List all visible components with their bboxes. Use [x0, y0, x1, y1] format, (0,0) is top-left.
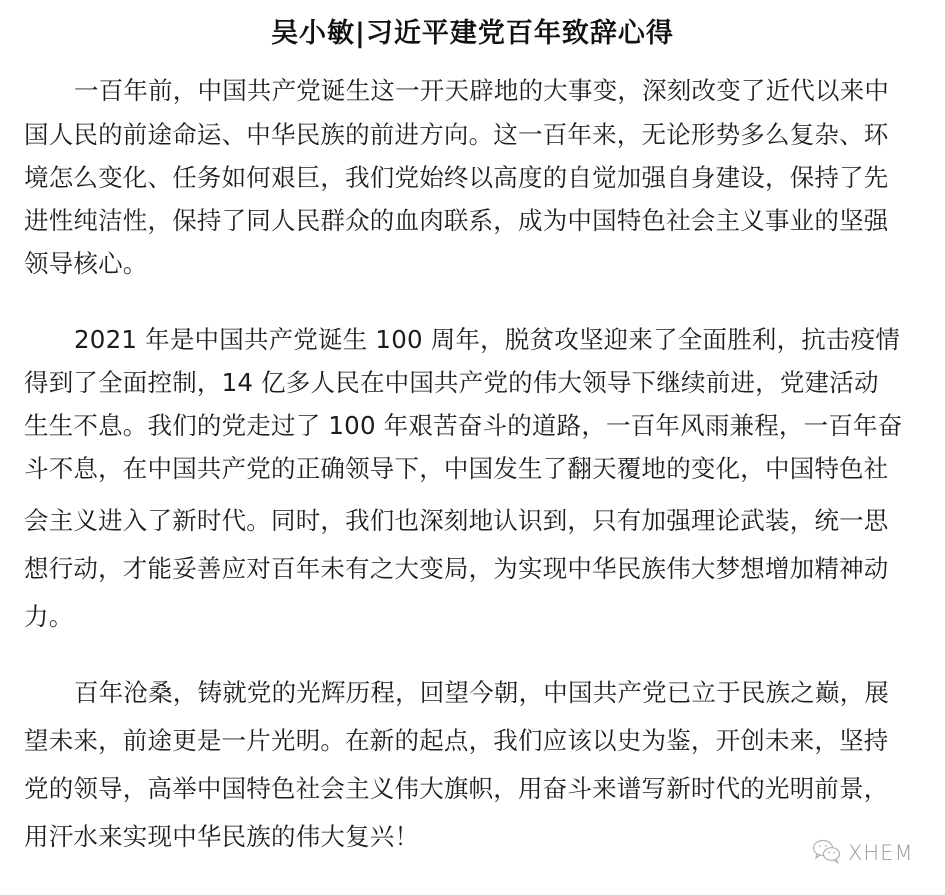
paragraph-line: 得到了全面控制，14 亿多人民在中国共产党的伟大领导下继续前进，党建活动 [24, 366, 924, 400]
paragraph-line: 一百年前，中国共产党诞生这一开天辟地的大事变，深刻改变了近代以来中 [74, 74, 945, 108]
watermark-text: XHEM [848, 841, 914, 865]
paragraph-line: 用汗水来实现中华民族的伟大复兴！ [24, 820, 924, 854]
document-title: 吴小敏|习近平建党百年致辞心得 [0, 14, 945, 54]
wechat-icon [812, 838, 842, 868]
paragraph-line: 力。 [24, 600, 924, 634]
paragraph-line: 会主义进入了新时代。同时，我们也深刻地认识到，只有加强理论武装，统一思 [24, 504, 924, 538]
paragraph-line: 生生不息。我们的党走过了 100 年艰苦奋斗的道路，一百年风雨兼程，一百年奋 [24, 409, 924, 443]
watermark: XHEM [812, 838, 914, 868]
paragraph-line: 斗不息，在中国共产党的正确领导下，中国发生了翻天覆地的变化，中国特色社 [24, 452, 924, 486]
paragraph-line: 党的领导，高举中国特色社会主义伟大旗帜，用奋斗来谱写新时代的光明前景， [24, 772, 924, 806]
paragraph-line: 领导核心。 [24, 247, 924, 281]
paragraph-line: 想行动，才能妥善应对百年未有之大变局，为实现中华民族伟大梦想增加精神动 [24, 552, 924, 586]
paragraph-line: 百年沧桑，铸就党的光辉历程，回望今朝，中国共产党已立于民族之巅，展 [74, 676, 945, 710]
paragraph-line: 境怎么变化、任务如何艰巨，我们党始终以高度的自觉加强自身建设，保持了先 [24, 161, 924, 195]
paragraph-line: 望未来，前途更是一片光明。在新的起点，我们应该以史为鉴，开创未来，坚持 [24, 724, 924, 758]
paragraph-line: 2021 年是中国共产党诞生 100 周年，脱贫攻坚迎来了全面胜利，抗击疫情 [74, 323, 945, 357]
paragraph-line: 进性纯洁性，保持了同人民群众的血肉联系，成为中国特色社会主义事业的坚强 [24, 204, 924, 238]
paragraph-line: 国人民的前途命运、中华民族的前进方向。这一百年来，无论形势多么复杂、环 [24, 118, 924, 152]
